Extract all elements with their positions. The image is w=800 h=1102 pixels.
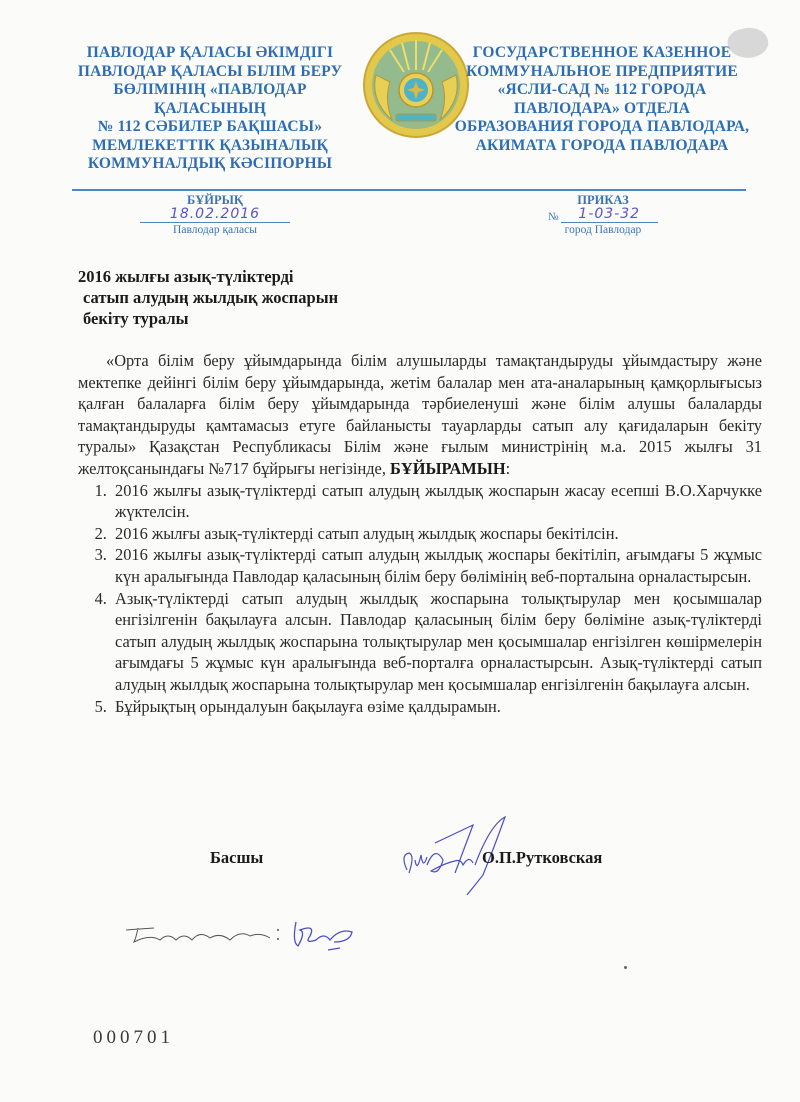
order-subject: 2016 жылғы азық-түліктерді сатып алудың … (78, 266, 338, 329)
subject-line: 2016 жылғы азық-түліктерді (78, 266, 338, 287)
subject-line: сатып алудың жылдық жоспарын (78, 287, 338, 308)
header-line: ПАВЛОДАР ҚАЛАСЫ ӘКІМДІГІ (60, 44, 360, 63)
order-block-kazakh: БҰЙРЫҚ 18.02.2016 Павлодар қаласы (140, 194, 290, 238)
header-line: КОММУНАЛЬНОЕ ПРЕДПРИЯТИЕ (452, 63, 752, 82)
header-divider (72, 189, 746, 191)
signatory-name: О.П.Рутковская (482, 848, 602, 868)
order-item: 2016 жылғы азық-түліктерді сатып алудың … (111, 544, 762, 587)
preamble: «Орта білім беру ұйымдарында білім алушы… (78, 350, 762, 480)
order-date: 18.02.2016 (140, 207, 290, 223)
header-line: ПАВЛОДАР ҚАЛАСЫ БІЛІМ БЕРУ (60, 63, 360, 82)
header-line: БӨЛІМІНІҢ «ПАВЛОДАР (60, 81, 360, 100)
signature-block: Басшы О.П.Рутковская (210, 848, 630, 878)
header-kazakh: ПАВЛОДАР ҚАЛАСЫ ӘКІМДІГІ ПАВЛОДАР ҚАЛАСЫ… (60, 44, 360, 174)
acknowledgement-note (120, 912, 380, 962)
order-number: 1-03-32 (561, 207, 659, 223)
order-block-russian: ПРИКАЗ № 1-03-32 город Павлодар (548, 194, 658, 238)
header-line: ОБРАЗОВАНИЯ ГОРОДА ПАВЛОДАРА, (452, 118, 752, 137)
number-sign: № (548, 211, 559, 223)
header-line: ПАВЛОДАРА» ОТДЕЛА (452, 100, 752, 119)
header-line: «ЯСЛИ-САД № 112 ГОРОДА (452, 81, 752, 100)
command-suffix: : (506, 459, 511, 478)
header-line: ҚАЛАСЫНЫҢ (60, 100, 360, 119)
header-line: № 112 СӘБИЛЕР БАҚШАСЫ» (60, 118, 360, 137)
header-russian: ГОСУДАРСТВЕННОЕ КАЗЕННОЕ КОММУНАЛЬНОЕ ПР… (452, 44, 752, 155)
order-place: Павлодар қаласы (140, 223, 290, 238)
header-line: АКИМАТА ГОРОДА ПАВЛОДАРА (452, 137, 752, 156)
order-item: 2016 жылғы азық-түліктерді сатып алудың … (111, 523, 762, 545)
order-place: город Павлодар (548, 223, 658, 238)
order-item: 2016 жылғы азық-түліктерді сатып алудың … (111, 480, 762, 523)
header-line: КОММУНАЛДЫҚ КӘСІПОРНЫ (60, 155, 360, 174)
scan-speck (624, 966, 627, 969)
header-line: ГОСУДАРСТВЕННОЕ КАЗЕННОЕ (452, 44, 752, 63)
form-serial-number: 000701 (93, 1027, 174, 1049)
signatory-title: Басшы (210, 848, 263, 868)
order-item: Азық-түліктерді сатып алудың жылдық жосп… (111, 588, 762, 696)
command-word: БҰЙЫРАМЫН (390, 459, 506, 478)
subject-line: бекіту туралы (78, 308, 338, 329)
order-item: Бұйрықтың орындалуын бақылауға өзіме қал… (111, 696, 762, 718)
order-items: 2016 жылғы азық-түліктерді сатып алудың … (78, 480, 762, 718)
order-body: «Орта білім беру ұйымдарында білім алушы… (78, 350, 762, 717)
header-line: МЕМЛЕКЕТТІК ҚАЗЫНАЛЫҚ (60, 137, 360, 156)
